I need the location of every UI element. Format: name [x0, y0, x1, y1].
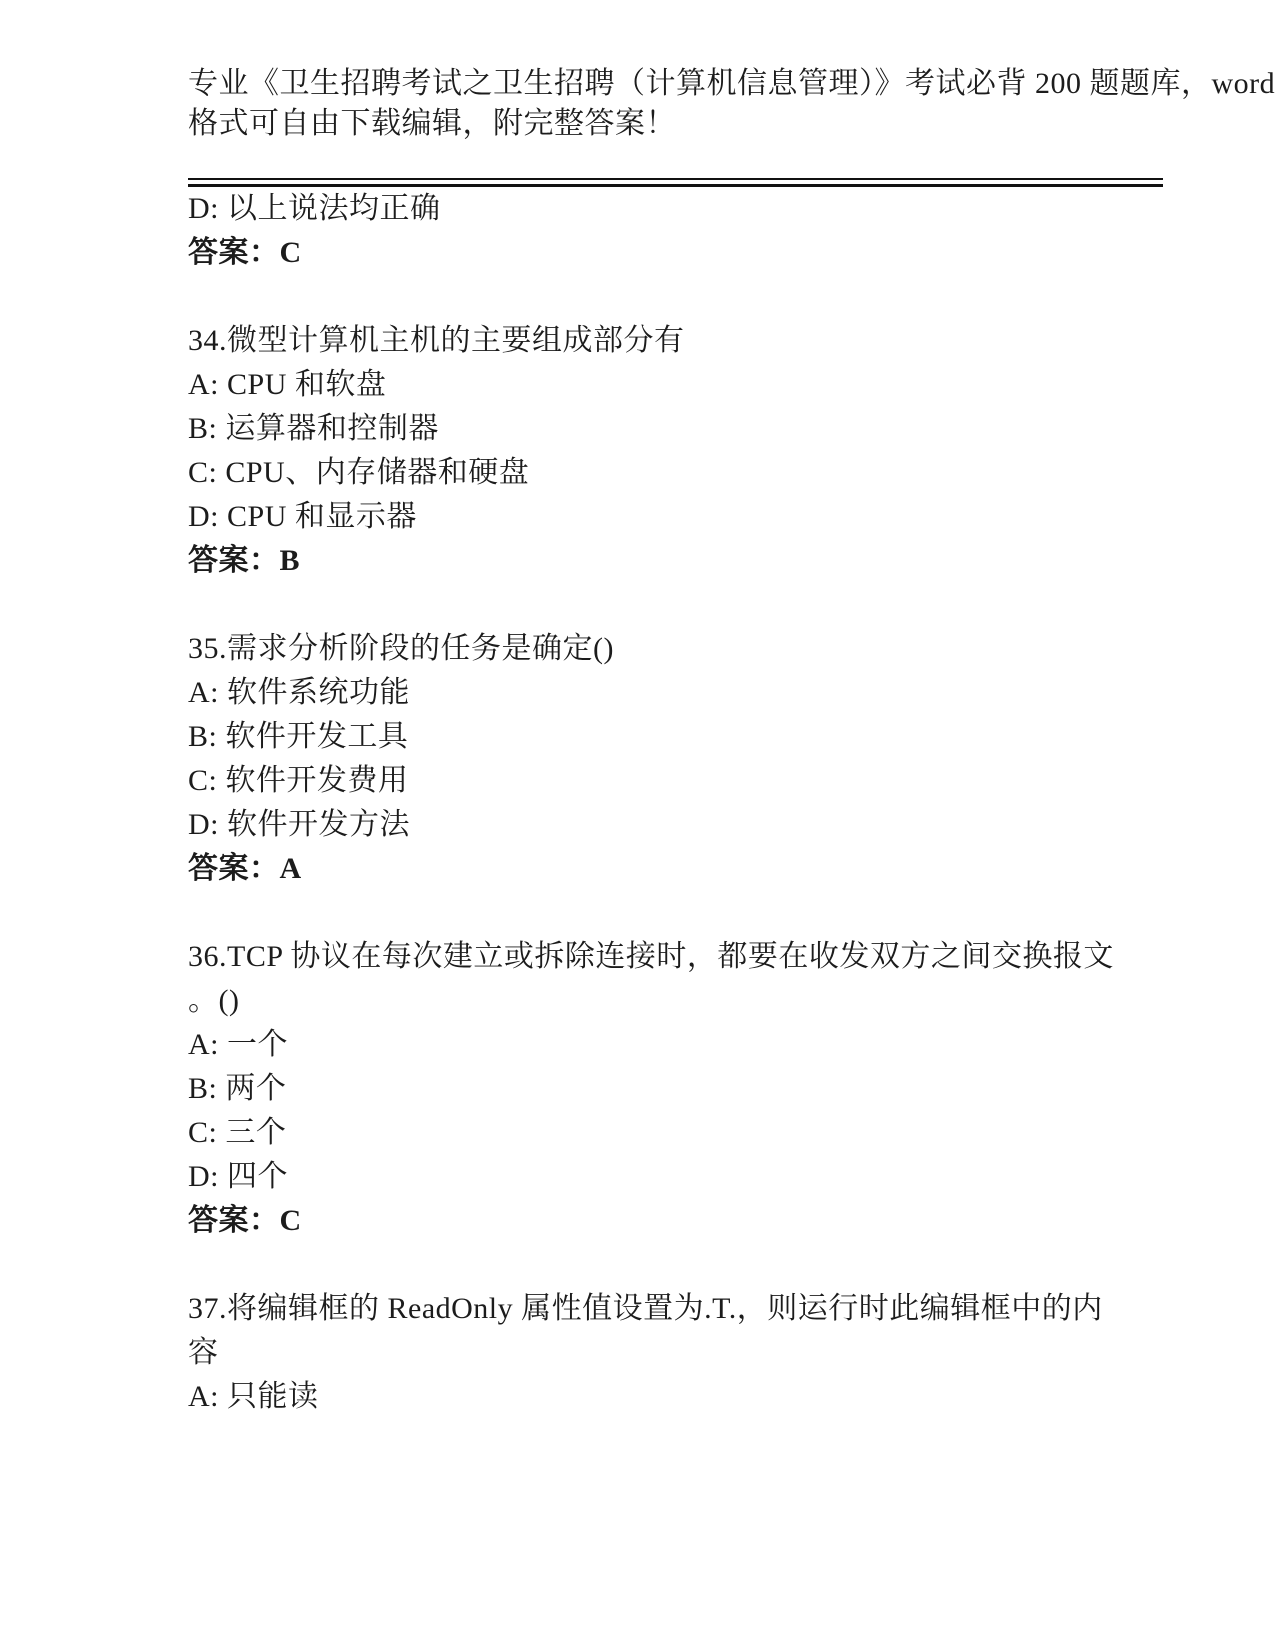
option-c: C: 软件开发费用: [188, 759, 1163, 803]
option-a: A: 软件系统功能: [188, 671, 1163, 715]
document-body: D: 以上说法均正确 答案：C 34.微型计算机主机的主要组成部分有 A: CP…: [0, 187, 1275, 1419]
question-text: 35.需求分析阶段的任务是确定(): [188, 627, 1163, 671]
question-text-line-1: 36.TCP 协议在每次建立或拆除连接时，都要在收发双方之间交换报文: [188, 935, 1163, 979]
option-b: B: 两个: [188, 1067, 1163, 1111]
header-line-1: 专业《卫生招聘考试之卫生招聘（计算机信息管理）》考试必背 200 题题库，wor…: [188, 64, 1163, 104]
question-text-line-2: 容: [188, 1331, 1163, 1375]
option-a: A: CPU 和软盘: [188, 363, 1163, 407]
answer-line: 答案：C: [188, 1199, 1163, 1243]
header-divider-rule: [188, 178, 1163, 187]
option-c: C: CPU、内存储器和硬盘: [188, 451, 1163, 495]
answer-line: 答案：A: [188, 847, 1163, 891]
option-b: B: 运算器和控制器: [188, 407, 1163, 451]
question-36: 36.TCP 协议在每次建立或拆除连接时，都要在收发双方之间交换报文 。() A…: [188, 935, 1163, 1243]
question-text: 34.微型计算机主机的主要组成部分有: [188, 319, 1163, 363]
option-d: D: 软件开发方法: [188, 803, 1163, 847]
question-33-tail: D: 以上说法均正确 答案：C: [188, 187, 1163, 275]
answer-line: 答案：B: [188, 539, 1163, 583]
question-text-line-1: 37.将编辑框的 ReadOnly 属性值设置为.T.，则运行时此编辑框中的内: [188, 1287, 1163, 1331]
answer-line: 答案：C: [188, 231, 1163, 275]
document-page: 专业《卫生招聘考试之卫生招聘（计算机信息管理）》考试必背 200 题题库，wor…: [0, 0, 1275, 1650]
option-a: A: 只能读: [188, 1375, 1163, 1419]
header-line-2: 格式可自由下载编辑，附完整答案！: [188, 104, 1163, 144]
question-text-line-2: 。(): [188, 979, 1163, 1023]
option-c: C: 三个: [188, 1111, 1163, 1155]
question-37: 37.将编辑框的 ReadOnly 属性值设置为.T.，则运行时此编辑框中的内 …: [188, 1287, 1163, 1419]
option-a: A: 一个: [188, 1023, 1163, 1067]
question-34: 34.微型计算机主机的主要组成部分有 A: CPU 和软盘 B: 运算器和控制器…: [188, 319, 1163, 583]
option-d: D: 以上说法均正确: [188, 187, 1163, 231]
option-d: D: CPU 和显示器: [188, 495, 1163, 539]
option-b: B: 软件开发工具: [188, 715, 1163, 759]
option-d: D: 四个: [188, 1155, 1163, 1199]
page-header: 专业《卫生招聘考试之卫生招聘（计算机信息管理）》考试必背 200 题题库，wor…: [0, 0, 1275, 144]
question-35: 35.需求分析阶段的任务是确定() A: 软件系统功能 B: 软件开发工具 C:…: [188, 627, 1163, 891]
